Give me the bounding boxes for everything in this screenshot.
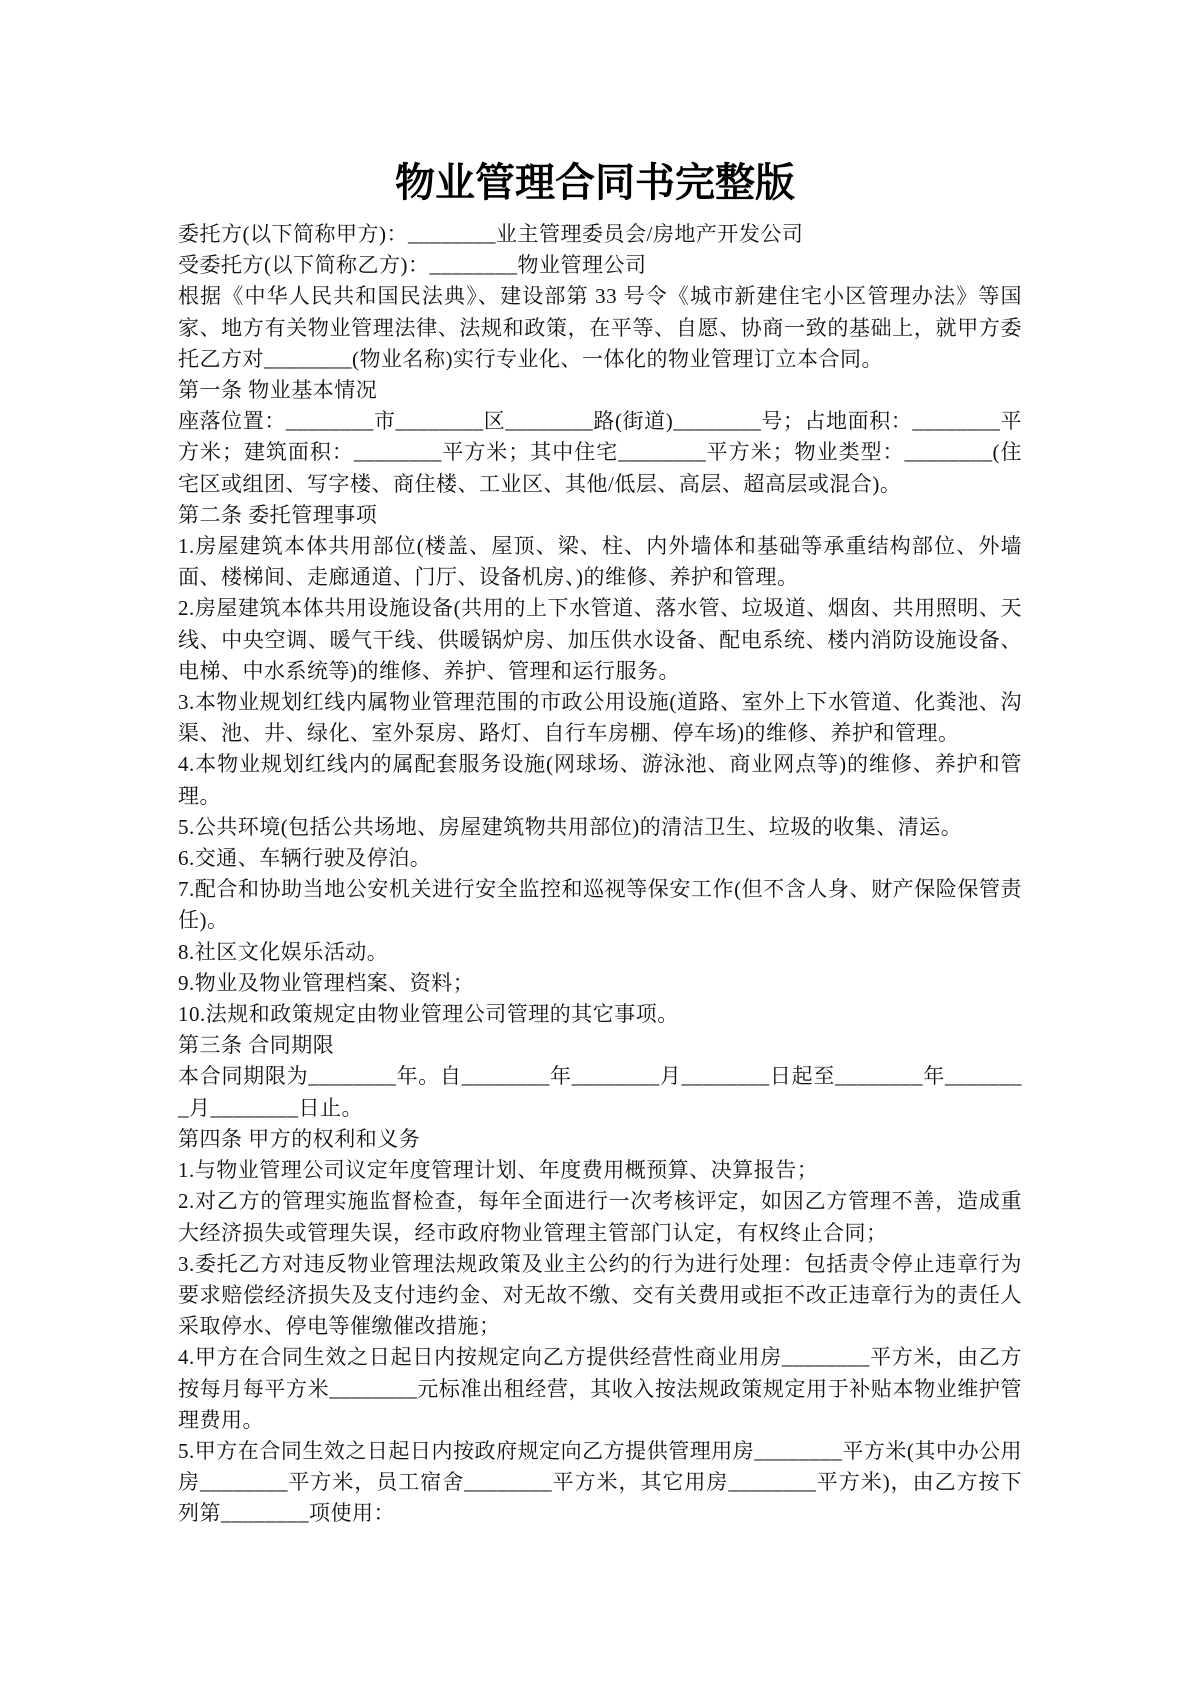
- article-2-item-10: 10.法规和政策规定由物业管理公司管理的其它事项。: [178, 999, 1022, 1030]
- article-2-item-6: 6.交通、车辆行驶及停泊。: [178, 843, 1022, 874]
- article-4-item-1: 1.与物业管理公司议定年度管理计划、年度费用概预算、决算报告；: [178, 1155, 1022, 1186]
- article-2-heading: 第二条 委托管理事项: [178, 500, 1022, 531]
- article-4-item-2: 2.对乙方的管理实施监督检查，每年全面进行一次考核评定，如因乙方管理不善，造成重…: [178, 1186, 1022, 1248]
- article-2-item-9: 9.物业及物业管理档案、资料；: [178, 968, 1022, 999]
- article-1-property-info: 座落位置：________市________区________路(街道)____…: [178, 406, 1022, 500]
- article-4-item-5: 5.甲方在合同生效之日起日内按政府规定向乙方提供管理用房________平方米(…: [178, 1436, 1022, 1530]
- article-4-item-3: 3.委托乙方对违反物业管理法规政策及业主公约的行为进行处理：包括责令停止违章行为…: [178, 1249, 1022, 1343]
- article-2-item-3: 3.本物业规划红线内属物业管理范围的市政公用设施(道路、室外上下水管道、化粪池、…: [178, 687, 1022, 749]
- article-2-item-7: 7.配合和协助当地公安机关进行安全监控和巡视等保安工作(但不含人身、财产保险保管…: [178, 874, 1022, 936]
- document-title: 物业管理合同书完整版: [0, 0, 1190, 209]
- paragraph-party-a: 委托方(以下简称甲方)：________业主管理委员会/房地产开发公司: [178, 219, 1022, 250]
- article-2-item-8: 8.社区文化娱乐活动。: [178, 937, 1022, 968]
- document-body: 委托方(以下简称甲方)：________业主管理委员会/房地产开发公司 受委托方…: [178, 219, 1022, 1530]
- contract-document-page: 物业管理合同书完整版 委托方(以下简称甲方)：________业主管理委员会/房…: [0, 0, 1190, 1683]
- article-2-item-5: 5.公共环境(包括公共场地、房屋建筑物共用部位)的清洁卫生、垃圾的收集、清运。: [178, 812, 1022, 843]
- article-3-term: 本合同期限为________年。自________年________月_____…: [178, 1061, 1022, 1123]
- article-2-item-4: 4.本物业规划红线内的属配套服务设施(网球场、游泳池、商业网点等)的维修、养护和…: [178, 749, 1022, 811]
- article-3-heading: 第三条 合同期限: [178, 1030, 1022, 1061]
- article-2-item-1: 1.房屋建筑本体共用部位(楼盖、屋顶、梁、柱、内外墙体和基础等承重结构部位、外墙…: [178, 531, 1022, 593]
- article-2-item-2: 2.房屋建筑本体共用设施设备(共用的上下水管道、落水管、垃圾道、烟囱、共用照明、…: [178, 593, 1022, 687]
- paragraph-preamble: 根据《中华人民共和国民法典》、建设部第 33 号令《城市新建住宅小区管理办法》等…: [178, 281, 1022, 375]
- article-4-item-4: 4.甲方在合同生效之日起日内按规定向乙方提供经营性商业用房________平方米…: [178, 1342, 1022, 1436]
- article-4-heading: 第四条 甲方的权利和义务: [178, 1124, 1022, 1155]
- article-1-heading: 第一条 物业基本情况: [178, 375, 1022, 406]
- paragraph-party-b: 受委托方(以下简称乙方)：________物业管理公司: [178, 250, 1022, 281]
